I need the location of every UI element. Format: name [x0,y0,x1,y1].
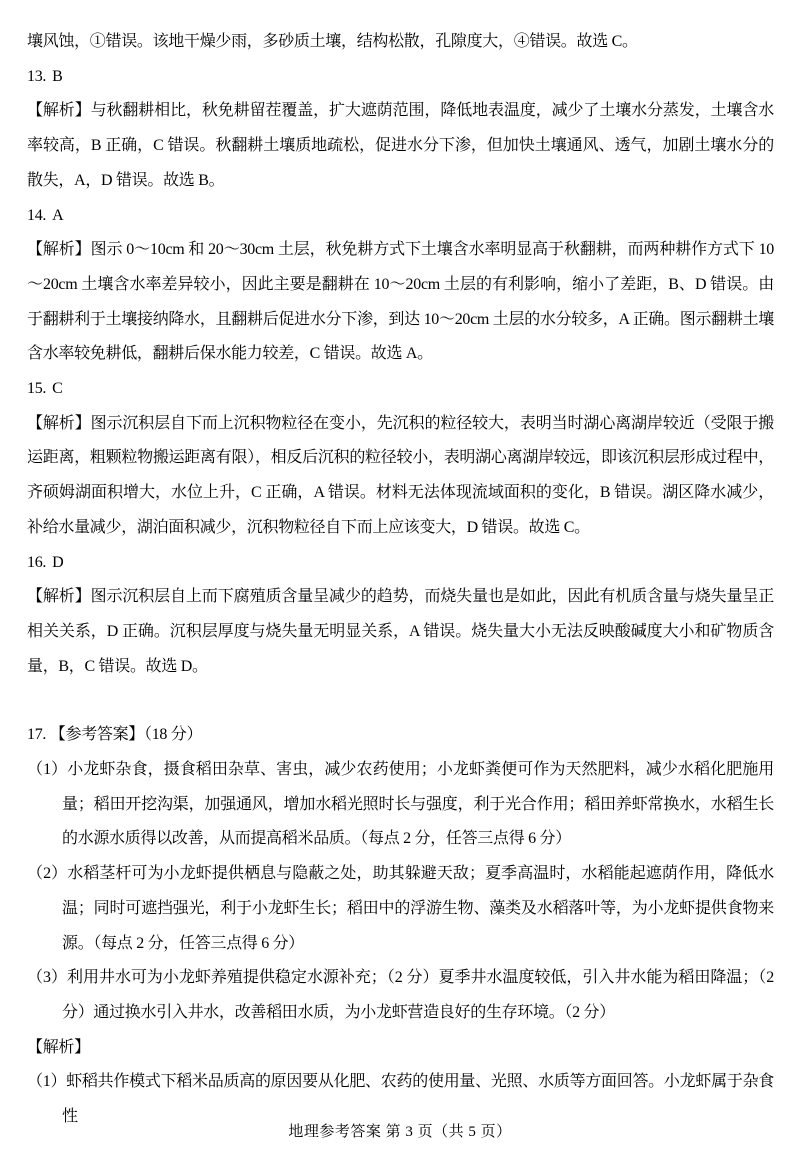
question-number: 15. [27,380,46,397]
answer-choice: C [52,380,62,397]
analysis-label: 【解析】 [27,1031,774,1066]
answer-block-16: 16.D 【解析】图示沉积层自上而下腐殖质含量呈减少的趋势，而烧失量也是如此，因… [27,546,774,685]
page-footer: 地理参考答案 第 3 页（共 5 页） [0,1121,800,1143]
question-17-heading: 17. 【参考答案】（18 分） [27,718,774,753]
answer-point-3: （3）利用井水可为小龙虾养殖提供稳定水源补充；（2 分）夏季井水温度较低，引入井… [27,961,774,1030]
analysis-paragraph: 【解析】图示 0～10cm 和 20～30cm 土层，秋免耕方式下土壤含水率明显… [27,233,774,372]
answer-block-15: 15.C 【解析】图示沉积层自下而上沉积物粒径在变小，先沉积的粒径较大，表明当时… [27,372,774,546]
question-17-block: 17. 【参考答案】（18 分） （1）小龙虾杂食，摄食稻田杂草、害虫，减少农药… [27,718,774,1134]
question-number: 13. [27,68,46,85]
answer-choice: A [52,207,63,224]
answer-choice: D [52,554,63,571]
continued-paragraph: 壤风蚀，①错误。该地干燥少雨，多砂质土壤，结构松散，孔隙度大，④错误。故选 C。 [27,25,774,60]
answer-line: 16.D [27,546,774,581]
answer-block-14: 14.A 【解析】图示 0～10cm 和 20～30cm 土层，秋免耕方式下土壤… [27,199,774,373]
answer-line: 15.C [27,372,774,407]
answer-choice: B [52,68,62,85]
document-content: 壤风蚀，①错误。该地干燥少雨，多砂质土壤，结构松散，孔隙度大，④错误。故选 C。… [27,25,774,1135]
answer-point-1: （1）小龙虾杂食，摄食稻田杂草、害虫，减少农药使用；小龙虾粪便可作为天然肥料，减… [27,753,774,857]
answer-sheet-page: 壤风蚀，①错误。该地干燥少雨，多砂质土壤，结构松散，孔隙度大，④错误。故选 C。… [0,0,800,1172]
analysis-paragraph: 【解析】与秋翻耕相比，秋免耕留茬覆盖，扩大遮荫范围，降低地表温度，减少了土壤水分… [27,94,774,198]
answer-point-2: （2）水稻茎杆可为小龙虾提供栖息与隐蔽之处，助其躲避天敌；夏季高温时，水稻能起遮… [27,857,774,961]
analysis-paragraph: 【解析】图示沉积层自上而下腐殖质含量呈减少的趋势，而烧失量也是如此，因此有机质含… [27,580,774,684]
analysis-paragraph: 【解析】图示沉积层自下而上沉积物粒径在变小，先沉积的粒径较大，表明当时湖心离湖岸… [27,407,774,546]
answer-line: 13.B [27,60,774,95]
answer-block-13: 13.B 【解析】与秋翻耕相比，秋免耕留茬覆盖，扩大遮荫范围，降低地表温度，减少… [27,60,774,199]
question-number: 14. [27,207,46,224]
answer-line: 14.A [27,199,774,234]
question-number: 16. [27,554,46,571]
